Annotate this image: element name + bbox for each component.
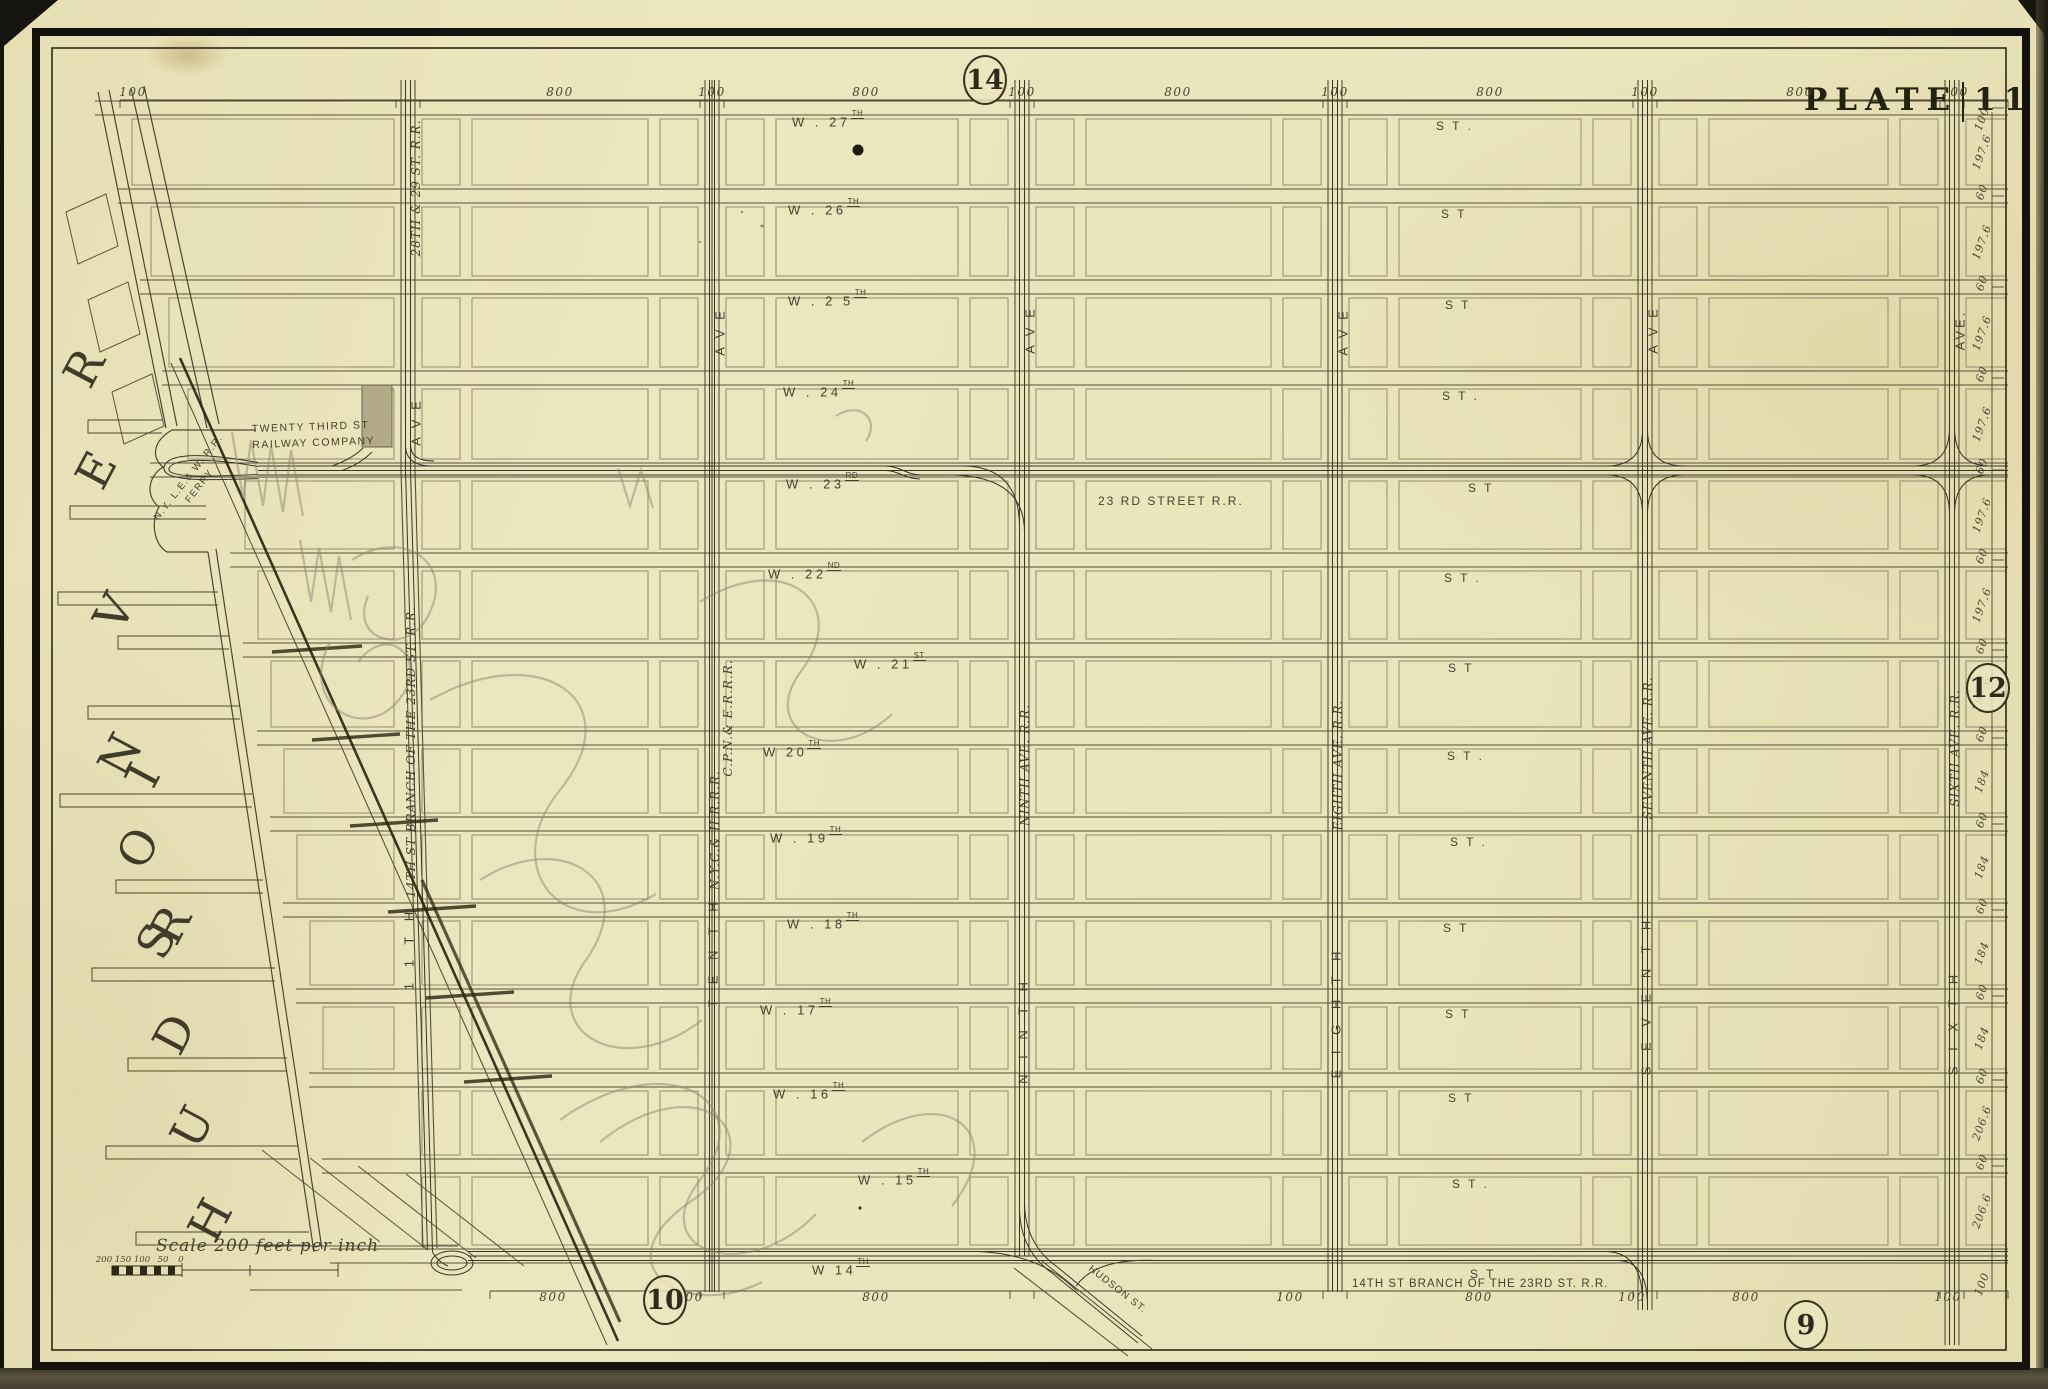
dimension-label-top: 100 [1631, 85, 1658, 99]
street-label: W . 26TH [788, 202, 860, 217]
plate-ref-circle: 10 [643, 1275, 687, 1325]
street-label: W . 21ST [854, 656, 926, 671]
street-suffix: TH [807, 739, 821, 749]
map-canvas [0, 0, 2048, 1389]
scale-tick-label: 150 [115, 1255, 131, 1265]
plate-title: PLATE 11 [1804, 82, 2033, 122]
street-suffix: TH [851, 109, 865, 119]
avenue-name-label: 1 1 T H [402, 906, 417, 990]
plate-ref-circle: 14 [963, 55, 1007, 105]
avenue-label: A V E [1023, 306, 1038, 354]
plate-title-word: PLATE [1804, 82, 1958, 118]
avenue-name-label: S I X T H [1946, 969, 1961, 1075]
dimension-label-top: 800 [1164, 85, 1191, 99]
st-abbr-label: S T [1448, 661, 1474, 675]
street-suffix: TH [854, 288, 868, 298]
avenue-railroad-label: SIXTH AVE. R.R. [1948, 689, 1962, 807]
street-label: W 20TH [763, 744, 821, 759]
dimension-label-bottom: 800 [1465, 1290, 1492, 1304]
st-abbr-label: S T [1445, 298, 1471, 312]
plate-ref-circle: 12 [1966, 663, 2010, 713]
street-label: W . 24TH [783, 384, 855, 399]
dimension-label-top: 100 [1008, 85, 1035, 99]
street-label: W 14TH [812, 1262, 870, 1277]
street-suffix: TH [847, 197, 861, 207]
avenue-label: A V E [409, 398, 424, 446]
dimension-label-top: 800 [546, 85, 573, 99]
st-abbr-label: S T [1468, 481, 1494, 495]
scale-caption: Scale 200 feet per inch [156, 1236, 379, 1256]
street-label: W . 27TH [792, 114, 864, 129]
avenue-railroad-label: SEVENTH AVE. R.R. [1641, 676, 1655, 819]
dimension-label-top: 800 [1476, 85, 1503, 99]
st-abbr-label: S T . [1444, 571, 1481, 585]
street-label: W . 19TH [770, 830, 842, 845]
dimension-label-top: 800 [852, 85, 879, 99]
avenue-label: A V E [713, 308, 728, 356]
avenue-name-label: S E V E N T H [1639, 915, 1654, 1076]
dimension-label-bottom: 100 [1276, 1290, 1303, 1304]
scale-tick-label: 100 [134, 1255, 150, 1265]
st-abbr-label: S T . [1447, 749, 1484, 763]
st-abbr-label: S T . [1452, 1177, 1489, 1191]
street-suffix: ND [827, 561, 842, 571]
st-abbr-label: S T . [1450, 835, 1487, 849]
street-suffix: TH [832, 1081, 846, 1091]
dimension-label-bottom: 800 [539, 1290, 566, 1304]
street-label: W . 23RD [786, 476, 859, 491]
avenue-railroad-label: 14TH ST BRANCH OF THE 23RD ST. R.R. [404, 606, 418, 898]
dimension-label-bottom: 100 [1618, 1290, 1645, 1304]
scale-tick-label: 0 [178, 1255, 183, 1265]
street-label: W . 22ND [768, 566, 841, 581]
st-abbr-label: S T [1443, 921, 1469, 935]
street-label: W . 2 5TH [788, 293, 867, 308]
avenue-label: AVE. [1953, 310, 1968, 351]
avenue-railroad-label: N.Y.C.& H.R.R.R. [708, 770, 722, 890]
railroad-23rd-label: 23 RD STREET R.R. [1098, 494, 1244, 508]
street-label: W . 18TH [787, 916, 859, 931]
dimension-label-top: 800 [1786, 85, 1813, 99]
st-abbr-label: S T [1441, 207, 1467, 221]
street-label: W . 15TH [858, 1172, 930, 1187]
st-abbr-label: S T [1470, 1267, 1496, 1281]
avenue-label: A V E [1336, 308, 1351, 356]
street-suffix: TH [829, 825, 843, 835]
avenue-name-label: T E N T H [706, 896, 721, 1007]
avenue-railroad-label: C.P.N.& E.R.R.R. [721, 659, 735, 776]
dimension-label-bottom: 800 [1732, 1290, 1759, 1304]
st-abbr-label: S T . [1442, 389, 1479, 403]
avenue-railroad-label: NINTH AVE. R.R. [1018, 704, 1032, 826]
avenue-railroad-label: 28TH & 29 ST. R.R. [409, 120, 423, 257]
street-label: W . 16TH [773, 1086, 845, 1101]
avenue-name-label: N I N T H [1016, 976, 1031, 1084]
depot-label: TWENTY THIRD ST RAILWAY COMPANY [251, 418, 375, 454]
dimension-label-top: 100 [1941, 85, 1968, 99]
plate-ref-circle: 9 [1784, 1300, 1828, 1350]
street-suffix: TH [917, 1167, 931, 1177]
st-abbr-label: S T . [1436, 119, 1473, 133]
scale-tick-label: 50 [158, 1255, 169, 1265]
avenue-name-label: E I G H T H [1329, 946, 1344, 1079]
dimension-label-top: 100 [1321, 85, 1348, 99]
street-suffix: RD [845, 471, 860, 481]
scale-tick-label: 200 [96, 1255, 112, 1265]
dimension-label-top: 100 [698, 85, 725, 99]
st-abbr-label: S T [1448, 1091, 1474, 1105]
street-suffix: ST [913, 651, 926, 661]
street-suffix: TH [846, 911, 860, 921]
dimension-label-bottom: 800 [862, 1290, 889, 1304]
street-suffix: TH [856, 1257, 870, 1267]
dimension-label-bottom: 100 [1934, 1290, 1961, 1304]
dimension-label-top: 100 [119, 85, 146, 99]
street-suffix: TH [819, 997, 833, 1007]
street-label: W . 17TH [760, 1002, 832, 1017]
avenue-label: A V E [1646, 306, 1661, 354]
avenue-railroad-label: EIGHTH AVE. R.R. [1331, 700, 1345, 831]
street-suffix: TH [842, 379, 856, 389]
st-abbr-label: S T [1445, 1007, 1471, 1021]
atlas-plate-scan: PLATE 11 TWENTY THIRD ST RAILWAY COMPANY… [0, 0, 2048, 1389]
